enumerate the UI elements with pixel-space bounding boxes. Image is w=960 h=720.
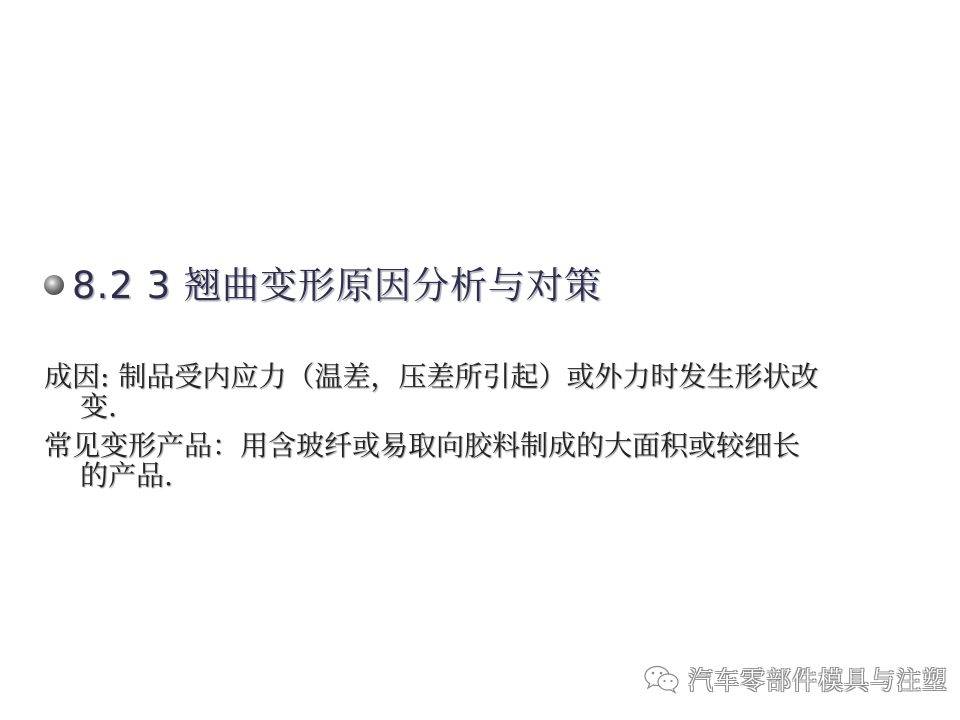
section-heading: 8.2 3 翘曲变形原因分析与对策 xyxy=(44,255,602,309)
paragraph-cause: 成因: 制品受内应力（温差，压差所引起）或外力时发生形状改 变. xyxy=(44,362,934,422)
paragraph-common-products-line1: 常见变形产品：用含玻纤或易取向胶料制成的大面积或较细长 xyxy=(44,431,934,461)
paragraph-common-products: 常见变形产品：用含玻纤或易取向胶料制成的大面积或较细长 的产品. xyxy=(44,431,934,491)
heading-text: 8.2 3 翘曲变形原因分析与对策 xyxy=(72,255,602,309)
watermark: 汽车零部件模具与注塑 xyxy=(642,662,948,696)
wechat-icon xyxy=(642,664,682,694)
sphere-bullet-icon xyxy=(44,275,64,295)
paragraph-cause-line1: 成因: 制品受内应力（温差，压差所引起）或外力时发生形状改 xyxy=(44,362,934,392)
paragraph-common-products-line2: 的产品. xyxy=(44,461,934,491)
slide: 8.2 3 翘曲变形原因分析与对策 成因: 制品受内应力（温差，压差所引起）或外… xyxy=(0,0,960,720)
paragraph-cause-line2: 变. xyxy=(44,392,934,422)
watermark-text: 汽车零部件模具与注塑 xyxy=(688,661,948,697)
